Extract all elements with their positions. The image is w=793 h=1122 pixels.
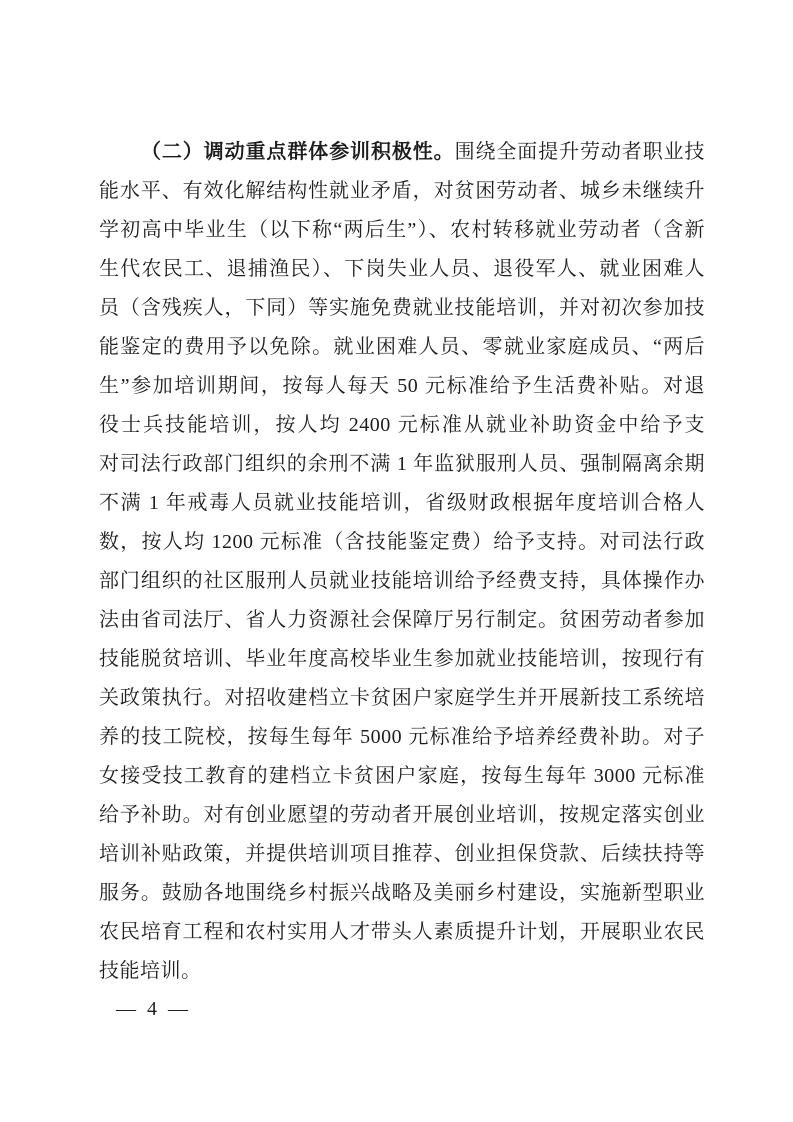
text-line: 能鉴定的费用予以免除。就业困难人员、零就业家庭成员、“两后 <box>99 328 705 367</box>
text-line: 能水平、有效化解结构性就业矛盾，对贫困劳动者、城乡未继续升 <box>99 172 705 211</box>
text-line: （二）调动重点群体参训积极性。围绕全面提升劳动者职业技 <box>99 133 705 172</box>
text-line: 关政策执行。对招收建档立卡贫困户家庭学生并开展新技工系统培 <box>99 679 705 718</box>
text-line: 技能脱贫培训、毕业年度高校毕业生参加就业技能培训，按现行有 <box>99 640 705 679</box>
text-line: 生”参加培训期间，按每人每天 50 元标准给予生活费补贴。对退 <box>99 367 705 406</box>
text-line: 员（含残疾人，下同）等实施免费就业技能培训，并对初次参加技 <box>99 289 705 328</box>
text-line-segment: 围绕全面提升劳动者职业技 <box>455 141 705 163</box>
page-number: — 4 — <box>116 996 191 1022</box>
text-line: 技能培训。 <box>99 952 705 991</box>
text-line: 法由省司法厅、省人力资源社会保障厅另行制定。贫困劳动者参加 <box>99 601 705 640</box>
text-line: 给予补助。对有创业愿望的劳动者开展创业培训，按规定落实创业 <box>99 796 705 835</box>
document-page: （二）调动重点群体参训积极性。围绕全面提升劳动者职业技 能水平、有效化解结构性就… <box>0 0 793 1122</box>
paragraph: （二）调动重点群体参训积极性。围绕全面提升劳动者职业技 能水平、有效化解结构性就… <box>99 133 705 991</box>
text-line: 学初高中毕业生（以下称“两后生”）、农村转移就业劳动者（含新 <box>99 211 705 250</box>
text-line: 培训补贴政策，并提供培训项目推荐、创业担保贷款、后续扶持等 <box>99 835 705 874</box>
text-line: 生代农民工、退捕渔民）、下岗失业人员、退役军人、就业困难人 <box>99 250 705 289</box>
text-line: 女接受技工教育的建档立卡贫困户家庭，按每生每年 3000 元标准 <box>99 757 705 796</box>
text-line: 不满 1 年戒毒人员就业技能培训，省级财政根据年度培训合格人 <box>99 484 705 523</box>
text-line: 服务。鼓励各地围绕乡村振兴战略及美丽乡村建设，实施新型职业 <box>99 874 705 913</box>
text-line: 数，按人均 1200 元标准（含技能鉴定费）给予支持。对司法行政 <box>99 523 705 562</box>
text-line: 农民培育工程和农村实用人才带头人素质提升计划，开展职业农民 <box>99 913 705 952</box>
text-line: 养的技工院校，按每生每年 5000 元标准给予培养经费补助。对子 <box>99 718 705 757</box>
text-line: 役士兵技能培训，按人均 2400 元标准从就业补助资金中给予支持。 <box>99 406 705 445</box>
text-line: 部门组织的社区服刑人员就业技能培训给予经费支持，具体操作办 <box>99 562 705 601</box>
text-line: 对司法行政部门组织的余刑不满 1 年监狱服刑人员、强制隔离余期 <box>99 445 705 484</box>
section-heading: （二）调动重点群体参训积极性。 <box>141 141 455 163</box>
